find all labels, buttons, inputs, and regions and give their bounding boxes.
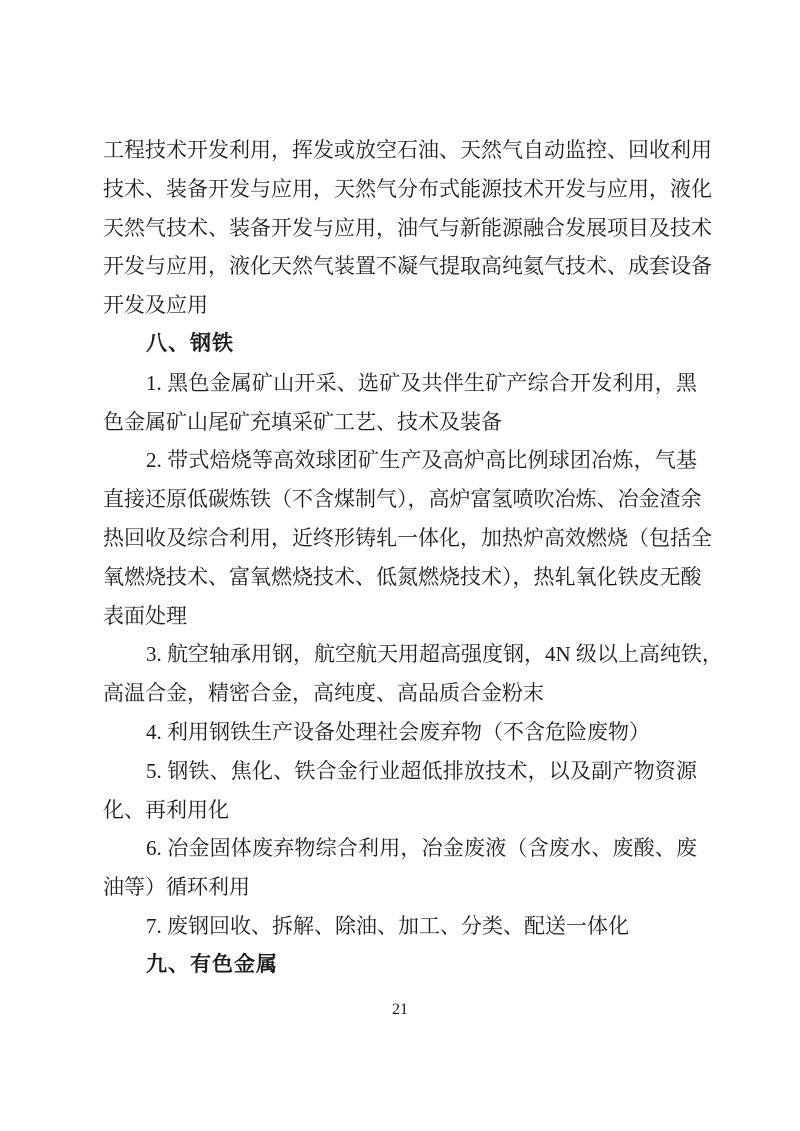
item-2-line: 2. 带式焙烧等高效球团矿生产及高炉高比例球团冶炼，气基 bbox=[103, 441, 697, 480]
item-5-line: 化、再利用化 bbox=[103, 791, 697, 830]
paragraph-line: 天然气技术、装备开发与应用，油气与新能源融合发展项目及技术 bbox=[103, 209, 697, 248]
text-block: 工程技术开发利用，挥发或放空石油、天然气自动监控、回收利用 技术、装备开发与应用… bbox=[103, 131, 697, 985]
item-7-line: 7. 废钢回收、拆解、除油、加工、分类、配送一体化 bbox=[103, 907, 697, 946]
section-heading-nonferrous: 九、有色金属 bbox=[103, 946, 697, 985]
paragraph-line: 开发与应用，液化天然气装置不凝气提取高纯氦气技术、成套设备 bbox=[103, 247, 697, 286]
item-6-line: 6. 冶金固体废弃物综合利用，冶金废液（含废水、废酸、废 bbox=[103, 829, 697, 868]
item-1-line: 色金属矿山尾矿充填采矿工艺、技术及装备 bbox=[103, 403, 697, 442]
item-6-line: 油等）循环利用 bbox=[103, 868, 697, 907]
item-1-line: 1. 黑色金属矿山开采、选矿及共伴生矿产综合开发利用，黑 bbox=[103, 364, 697, 403]
item-2-line: 直接还原低碳炼铁（不含煤制气），高炉富氢喷吹冶炼、冶金渣余 bbox=[103, 480, 697, 519]
item-2-line: 表面处理 bbox=[103, 597, 697, 636]
item-2-line: 氧燃烧技术、富氧燃烧技术、低氮燃烧技术），热轧氧化铁皮无酸 bbox=[103, 558, 697, 597]
paragraph-line: 技术、装备开发与应用，天然气分布式能源技术开发与应用，液化 bbox=[103, 170, 697, 209]
item-4-line: 4. 利用钢铁生产设备处理社会废弃物（不含危险废物） bbox=[103, 713, 697, 752]
paragraph-line: 开发及应用 bbox=[103, 286, 697, 325]
item-2-line: 热回收及综合利用，近终形铸轧一体化，加热炉高效燃烧（包括全 bbox=[103, 519, 697, 558]
item-5-line: 5. 钢铁、焦化、铁合金行业超低排放技术，以及副产物资源 bbox=[103, 752, 697, 791]
item-3-line: 3. 航空轴承用钢，航空航天用超高强度钢，4N 级以上高纯铁， bbox=[103, 635, 697, 674]
item-3-line: 高温合金，精密合金，高纯度、高品质合金粉末 bbox=[103, 674, 697, 713]
page-number: 21 bbox=[0, 1000, 800, 1020]
paragraph-line: 工程技术开发利用，挥发或放空石油、天然气自动监控、回收利用 bbox=[103, 131, 697, 170]
section-heading-steel: 八、钢铁 bbox=[103, 325, 697, 364]
document-page: 工程技术开发利用，挥发或放空石油、天然气自动监控、回收利用 技术、装备开发与应用… bbox=[0, 0, 800, 1131]
